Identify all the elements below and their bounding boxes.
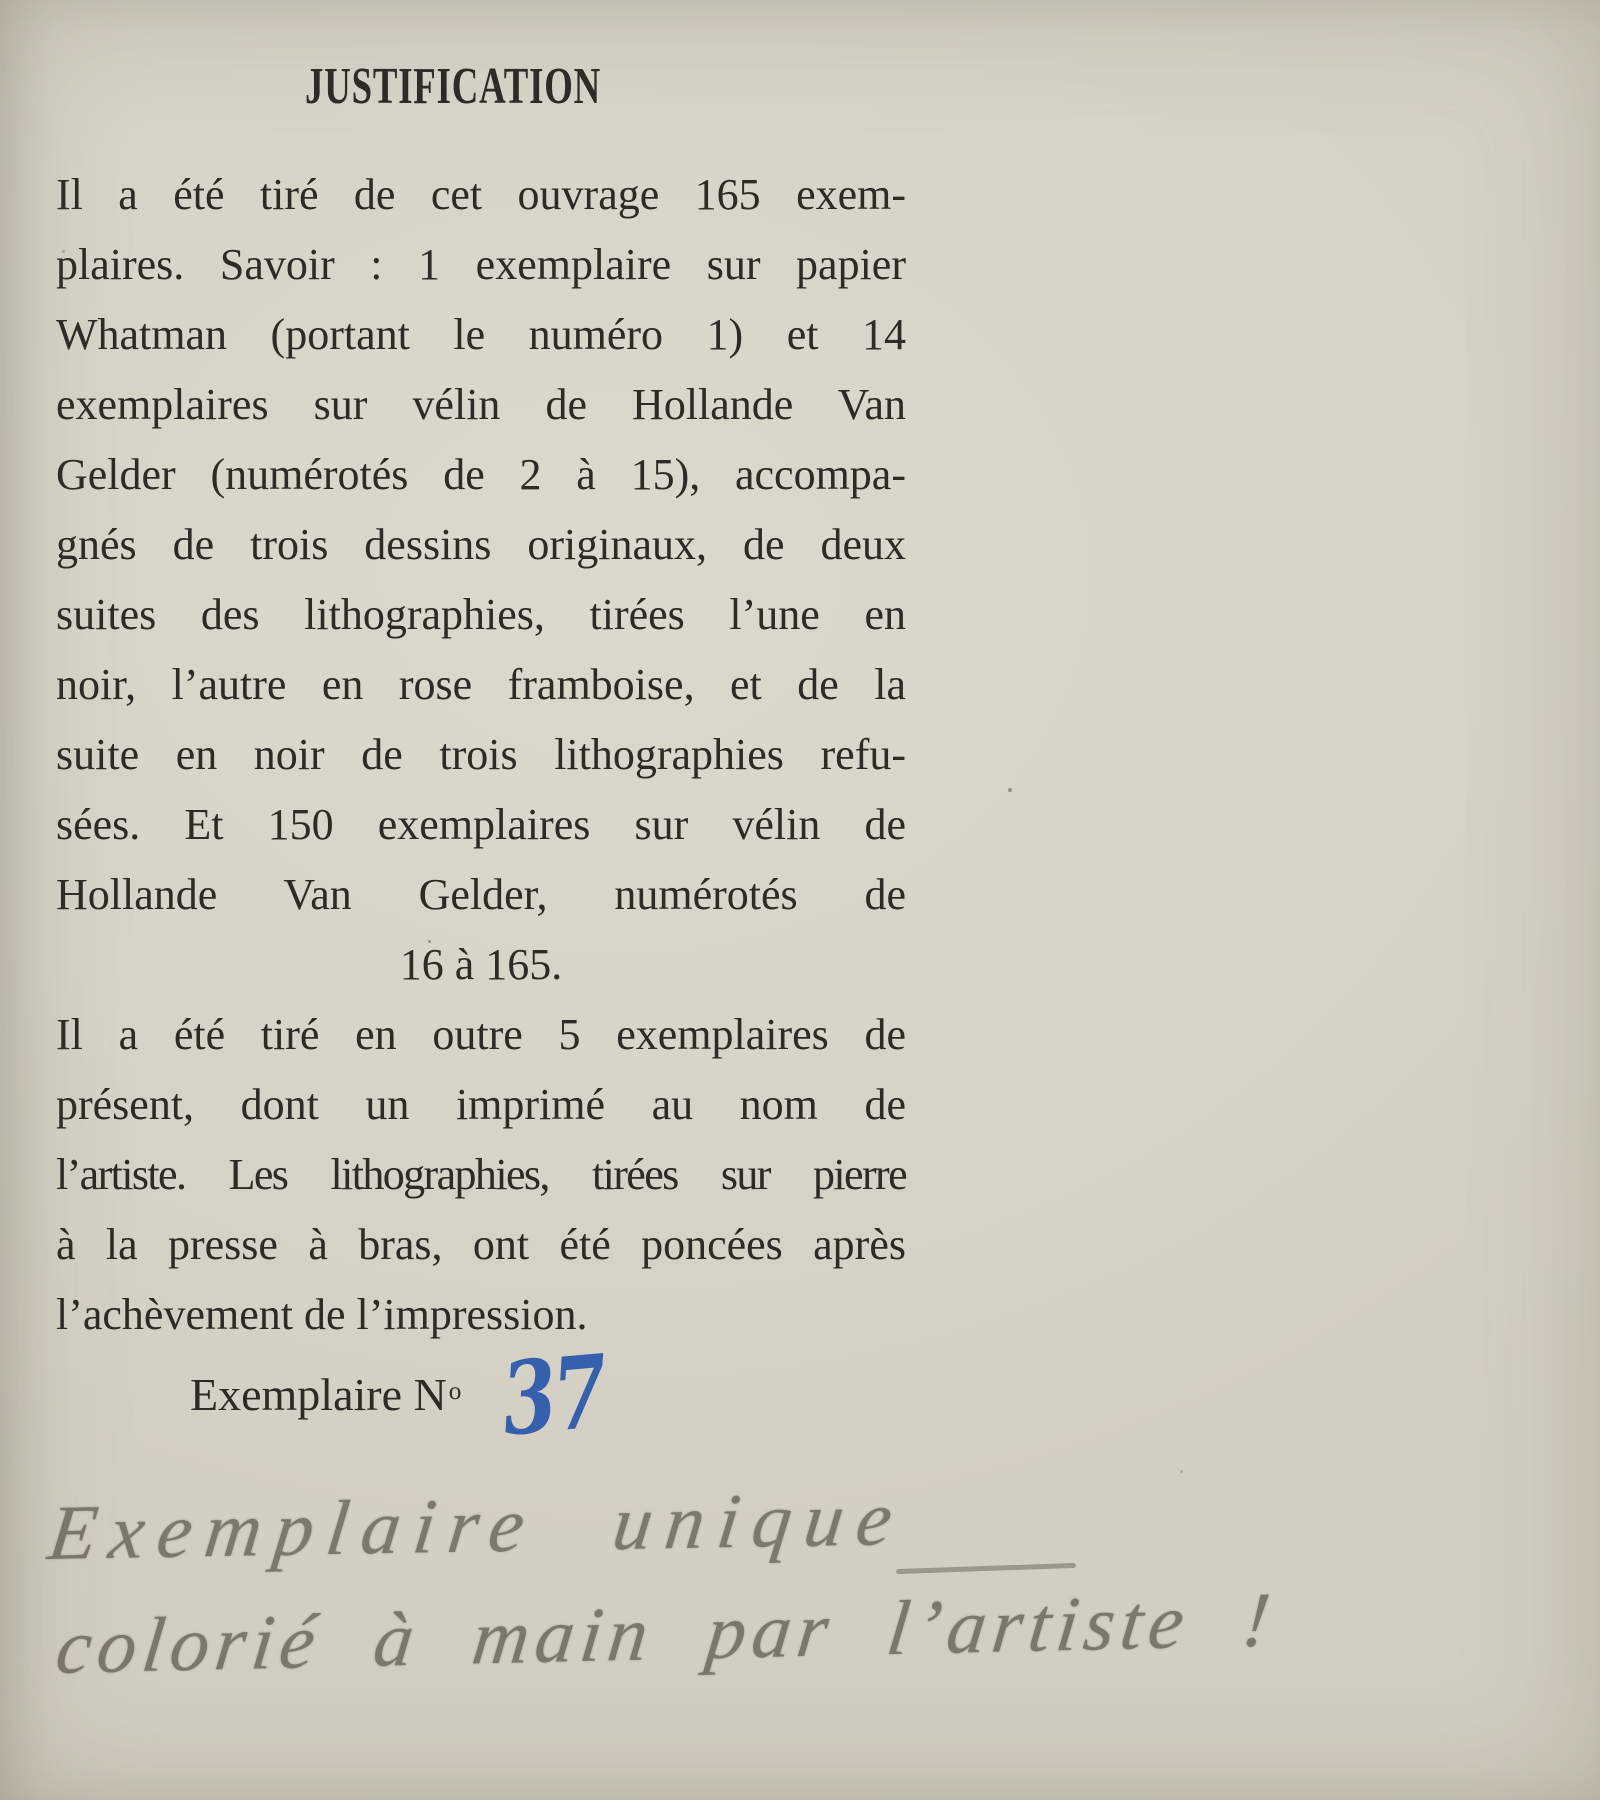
body-text-line: suite en noir de trois lithographies ref… [56, 720, 906, 790]
page-title: JUSTIFICATION [141, 46, 821, 127]
body-text-line: noir, l’autre en rose framboise, et de l… [56, 650, 906, 720]
copy-number-ordinal: o [449, 1377, 462, 1406]
copy-number-line: Exemplaire No [190, 1368, 461, 1421]
handwritten-copy-number: 37 [498, 1341, 609, 1450]
justification-text-block: Il a été tiré de cet ouvrage 165 exem-pl… [56, 160, 906, 1350]
body-text-line: Hollande Van Gelder, numérotés de [56, 860, 906, 930]
paper-speck [1008, 788, 1012, 792]
body-text-line: 16 à 165. [56, 930, 906, 1000]
body-text-line: exemplaires sur vélin de Hollande Van [56, 370, 906, 440]
copy-number-label: Exemplaire N [190, 1369, 447, 1420]
pencil-flourish-stroke [896, 1563, 1076, 1574]
paper-speck [62, 250, 65, 253]
body-text-line: l’artiste. Les lithographies, tirées sur… [56, 1140, 906, 1210]
body-text-line: l’achèvement de l’impression. [56, 1280, 906, 1350]
pencil-note-line-1: Exemplaire unique [44, 1475, 910, 1576]
body-text-line: plaires. Savoir : 1 exemplaire sur papie… [56, 230, 906, 300]
pencil-note-line-2: colorié à main par l’artiste ! [52, 1576, 1280, 1689]
body-text-line: à la presse à bras, ont été poncées aprè… [56, 1210, 906, 1280]
body-text-line: présent, dont un imprimé au nom de [56, 1070, 906, 1140]
body-text-line: Il a été tiré en outre 5 exemplaires de [56, 1000, 906, 1070]
book-page: JUSTIFICATION Il a été tiré de cet ouvra… [0, 0, 1600, 1800]
body-text-line: Gelder (numérotés de 2 à 15), accompa- [56, 440, 906, 510]
paper-speck [428, 940, 431, 943]
body-text-line: Il a été tiré de cet ouvrage 165 exem- [56, 160, 906, 230]
body-text-line: suites des lithographies, tirées l’une e… [56, 580, 906, 650]
paper-speck [1180, 1470, 1183, 1473]
body-text-line: gnés de trois dessins originaux, de deux [56, 510, 906, 580]
body-text-line: Whatman (portant le numéro 1) et 14 [56, 300, 906, 370]
body-text-line: sées. Et 150 exemplaires sur vélin de [56, 790, 906, 860]
